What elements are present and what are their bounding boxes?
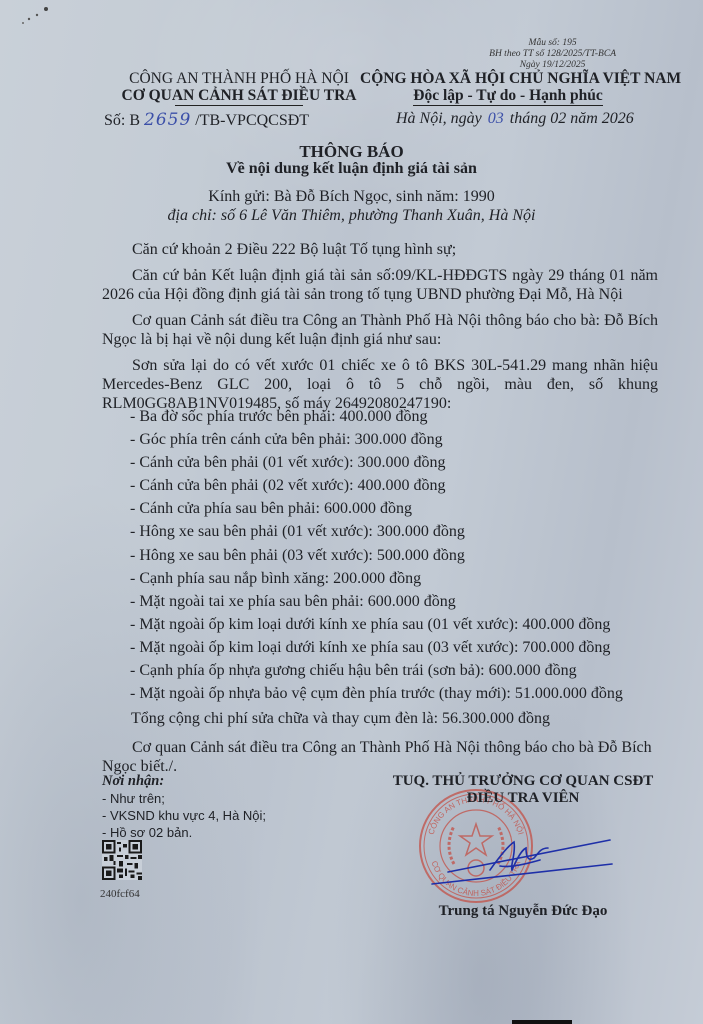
qr-code <box>102 840 142 880</box>
valuation-item: - Hông xe sau bên phải (03 vết xước): 50… <box>130 544 623 567</box>
form-regulation: BH theo TT số 128/2025/TT-BCA <box>489 49 616 60</box>
item-label: Cạnh phía sau nắp bình xăng <box>139 570 324 587</box>
valuation-item: - Hông xe sau bên phải (01 vết xước): 30… <box>130 520 623 543</box>
signature-title: TUQ. THỦ TRƯỞNG CƠ QUAN CSĐT ĐIỀU TRA VI… <box>378 773 668 807</box>
closing-statement: Cơ quan Cảnh sát điều tra Công an Thành … <box>102 738 662 776</box>
item-amount: 300.000 đồng <box>377 523 465 540</box>
item-amount: 51.000.000 đồng <box>515 685 623 702</box>
valuation-item: - Góc phía trên cánh cửa bên phải: 300.0… <box>130 428 623 451</box>
item-label: Mặt ngoài tai xe phía sau bên phải <box>139 593 359 610</box>
item-amount: 300.000 đồng <box>355 431 443 448</box>
valuation-item: - Cạnh phía sau nắp bình xăng: 200.000 đ… <box>130 567 623 590</box>
valuation-item: - Mặt ngoài ốp nhựa bảo vệ cụm đèn phía … <box>130 682 623 705</box>
item-label: Cạnh phía ốp nhựa gương chiếu hậu bên tr… <box>139 662 480 679</box>
recipient-line: Kính gửi: Bà Đỗ Bích Ngọc, sinh năm: 199… <box>0 188 703 206</box>
agency-underline <box>175 105 303 106</box>
form-number: Mẫu số: 195 <box>489 38 616 49</box>
item-label: Hông xe sau bên phải (01 vết xước) <box>139 523 368 540</box>
item-amount: 600.000 đồng <box>368 593 456 610</box>
position-line: ĐIỀU TRA VIÊN <box>378 790 668 807</box>
item-amount: 400.000 đồng <box>358 477 446 494</box>
qr-code-id: 240fcf64 <box>100 888 140 900</box>
nation-name: CỘNG HÒA XÃ HỘI CHỦ NGHĨA VIỆT NAM <box>360 70 656 87</box>
total-cost: Tổng cộng chi phí sửa chữa và thay cụm đ… <box>131 710 550 728</box>
handwritten-number: 2659 <box>140 110 195 130</box>
agency-name: CƠ QUAN CẢNH SÁT ĐIỀU TRA <box>104 87 374 104</box>
recipients-block: Nơi nhận: - Như trên; - VKSND khu vực 4,… <box>102 773 266 841</box>
valuation-item-list: - Ba đờ sốc phía trước bên phải: 400.000… <box>130 405 623 705</box>
form-number-block: Mẫu số: 195 BH theo TT số 128/2025/TT-BC… <box>489 38 616 71</box>
paper-speck-marks <box>18 6 58 26</box>
item-label: Ba đờ sốc phía trước bên phải <box>139 408 331 425</box>
item-label: Góc phía trên cánh cửa bên phải <box>139 431 346 448</box>
recipient-item: - Hồ sơ 02 bản. <box>102 824 266 841</box>
valuation-item: - Mặt ngoài ốp kim loại dưới kính xe phí… <box>130 613 623 636</box>
document-subtitle: Về nội dung kết luận định giá tài sản <box>0 160 703 178</box>
item-amount: 300.000 đồng <box>358 454 446 471</box>
item-amount: 700.000 đồng <box>522 639 610 656</box>
item-label: Mặt ngoài ốp nhựa bảo vệ cụm đèn phía tr… <box>139 685 506 702</box>
item-amount: 400.000 đồng <box>340 408 428 425</box>
handwritten-day: 03 <box>486 110 506 127</box>
handwritten-signature-icon <box>430 826 620 886</box>
valuation-item: - Cạnh phía ốp nhựa gương chiếu hậu bên … <box>130 659 623 682</box>
signer-name: Trung tá Nguyễn Đức Đạo <box>398 903 648 920</box>
document-title: THÔNG BÁO <box>0 142 703 162</box>
item-amount: 600.000 đồng <box>324 500 412 517</box>
legal-basis-1: Căn cứ khoản 2 Điều 222 Bộ luật Tố tụng … <box>102 240 658 259</box>
valuation-item: - Ba đờ sốc phía trước bên phải: 400.000… <box>130 405 623 428</box>
national-motto: Độc lập - Tự do - Hạnh phúc <box>413 87 602 106</box>
issuing-agency: CÔNG AN THÀNH PHỐ HÀ NỘI CƠ QUAN CẢNH SÁ… <box>104 70 374 106</box>
recipients-heading: Nơi nhận: <box>102 773 266 790</box>
national-header: CỘNG HÒA XÃ HỘI CHỦ NGHĨA VIỆT NAM Độc l… <box>360 70 656 104</box>
ministry-name: CÔNG AN THÀNH PHỐ HÀ NỘI <box>104 70 374 87</box>
item-label: Mặt ngoài ốp kim loại dưới kính xe phía … <box>139 639 514 656</box>
item-amount: 400.000 đồng <box>522 616 610 633</box>
edge-mark <box>512 1020 572 1024</box>
item-amount: 500.000 đồng <box>377 547 465 564</box>
recipient-item: - Như trên; <box>102 790 266 807</box>
valuation-item: - Cánh cửa bên phải (01 vết xước): 300.0… <box>130 451 623 474</box>
item-label: Mặt ngoài ốp kim loại dưới kính xe phía … <box>139 616 514 633</box>
item-label: Cánh cửa bên phải (02 vết xước) <box>139 477 349 494</box>
valuation-item: - Cánh cửa phía sau bên phải: 600.000 đồ… <box>130 497 623 520</box>
valuation-item: - Mặt ngoài tai xe phía sau bên phải: 60… <box>130 590 623 613</box>
item-amount: 600.000 đồng <box>489 662 577 679</box>
recipient-item: - VKSND khu vực 4, Hà Nội; <box>102 807 266 824</box>
valuation-item: - Mặt ngoài ốp kim loại dưới kính xe phí… <box>130 636 623 659</box>
recipient-address: địa chỉ: số 6 Lê Văn Thiêm, phường Thanh… <box>0 207 703 225</box>
place-date: Hà Nội, ngày 03 tháng 02 năm 2026 <box>396 110 634 128</box>
item-amount: 200.000 đồng <box>333 570 421 587</box>
authority-line: TUQ. THỦ TRƯỞNG CƠ QUAN CSĐT <box>378 773 668 790</box>
valuation-item: - Cánh cửa bên phải (02 vết xước): 400.0… <box>130 474 623 497</box>
item-label: Hông xe sau bên phải (03 vết xước) <box>139 547 368 564</box>
item-label: Cánh cửa phía sau bên phải <box>139 500 315 517</box>
document-number: Số: B2659/TB-VPCQCSĐT <box>104 110 309 130</box>
item-label: Cánh cửa bên phải (01 vết xước) <box>139 454 349 471</box>
legal-basis-2: Căn cứ bản Kết luận định giá tài sản số:… <box>102 266 658 304</box>
notice-intro: Cơ quan Cảnh sát điều tra Công an Thành … <box>102 311 658 349</box>
body-paragraphs: Căn cứ khoản 2 Điều 222 Bộ luật Tố tụng … <box>102 240 658 420</box>
